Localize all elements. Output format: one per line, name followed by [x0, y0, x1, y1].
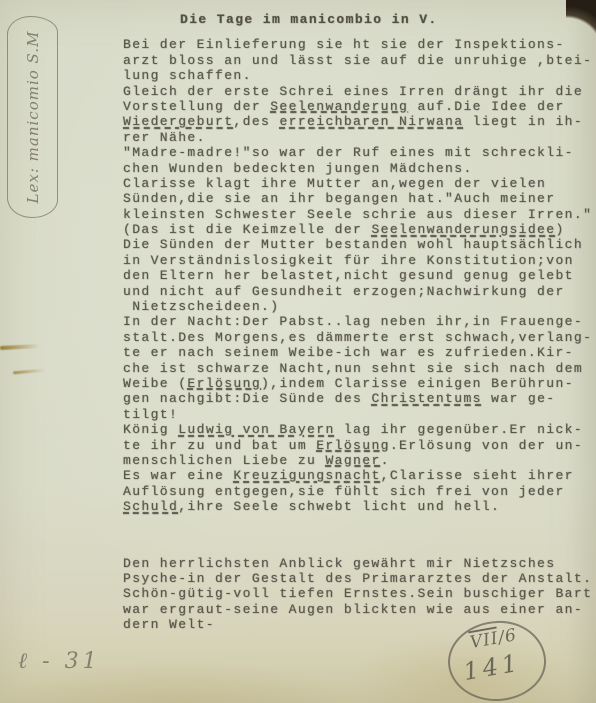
- text-line: Die Sünden der Mutter bestanden wohl hau…: [123, 237, 596, 252]
- text-segment: chen Wunden bedeckten jungen Mädchens.: [123, 161, 473, 176]
- text-segment: Weibe (: [123, 376, 187, 391]
- text-segment: Clarisse klagt ihre Mutter an,wegen der …: [123, 176, 546, 191]
- text-line: war ergraut-seine Augen blickten wie aus…: [123, 602, 596, 617]
- underlined-text: Seelenwanderungsidee: [371, 222, 555, 237]
- text-segment: Schön-gütig-voll tiefen Ernstes.Sein bus…: [123, 586, 592, 601]
- text-segment: .Erlösung von der un-: [390, 438, 583, 453]
- text-line: "Madre-madre!"so war der Ruf eines mit s…: [123, 145, 596, 160]
- text-segment: Nietzscheideen.): [123, 299, 279, 314]
- text-segment: gen nachgibt:Die Sünde des: [123, 391, 371, 406]
- text-segment: Die Sünden der Mutter bestanden wohl hau…: [123, 237, 583, 252]
- text-segment: tilgt!: [123, 407, 178, 422]
- underlined-text: Christentums: [371, 391, 481, 406]
- text-segment: den Eltern her belastet,nicht gesund gen…: [123, 268, 574, 283]
- underlined-text: Erlösung: [316, 438, 390, 453]
- text-line: Clarisse klagt ihre Mutter an,wegen der …: [123, 176, 596, 191]
- text-segment: und nicht auf Gesundheit erzogen;Nachwir…: [123, 284, 565, 299]
- archive-stamp-slash: /6: [497, 625, 519, 648]
- text-segment: auf.Die Idee der: [408, 99, 564, 114]
- archive-stamp-number: 141: [461, 648, 523, 686]
- text-line: Psyche-in der Gestalt des Primararztes d…: [123, 571, 596, 586]
- text-segment: König: [123, 422, 178, 437]
- text-line: Sünden,die sie an ihr begangen hat."Auch…: [123, 191, 596, 206]
- underlined-text: Schuld: [123, 499, 178, 514]
- text-segment: lag ihr gegenüber.Er nick-: [335, 422, 583, 437]
- text-segment: Vorstellung der: [123, 99, 270, 114]
- text-line: und nicht auf Gesundheit erzogen;Nachwir…: [123, 284, 596, 299]
- text-segment: che ist schwarze Nacht,nun sehnt sie sic…: [123, 361, 583, 376]
- text-line: Schuld,ihre Seele schwebt licht und hell…: [123, 499, 596, 514]
- inventory-number: ℓ - 31: [18, 648, 101, 674]
- text-segment: lung schaffen.: [123, 68, 252, 83]
- text-segment: arzt bloss an und lässt sie auf die unru…: [123, 53, 592, 68]
- underlined-text: Wagner: [325, 453, 380, 468]
- text-line: menschlichen Liebe zu Wagner.: [123, 453, 596, 468]
- text-segment: (Das ist die Keimzelle der: [123, 222, 371, 237]
- underlined-text: Ludwig von Bayern: [178, 422, 334, 437]
- underlined-text: Erlösung: [187, 376, 261, 391]
- paper-stain: [0, 344, 40, 350]
- underlined-text: Wiedergeburt: [123, 114, 233, 129]
- text-segment: ),indem Clarisse einigen Berührun-: [261, 376, 574, 391]
- text-line: Es war eine Kreuzigungsnacht,Clarisse si…: [123, 468, 596, 483]
- text-segment: ,des: [233, 114, 279, 129]
- text-line: (Das ist die Keimzelle der Seelenwanderu…: [123, 222, 596, 237]
- text-line: in Verständnislosigkeit für ihre Konstit…: [123, 253, 596, 268]
- text-segment: stalt.Des Morgens,es dämmerte erst schwa…: [123, 330, 592, 345]
- text-segment: ,ihre Seele schwebt licht und hell.: [178, 499, 500, 514]
- text-segment: in Verständnislosigkeit für ihre Konstit…: [123, 253, 574, 268]
- text-line: König Ludwig von Bayern lag ihr gegenübe…: [123, 422, 596, 437]
- text-segment: dern Welt-: [123, 617, 215, 632]
- text-segment: Psyche-in der Gestalt des Primararztes d…: [123, 571, 592, 586]
- archive-stamp-roman: VII: [468, 628, 500, 653]
- text-line: Vorstellung der Seelenwanderung auf.Die …: [123, 99, 596, 114]
- text-line: te ihr zu und bat um Erlösung.Erlösung v…: [123, 438, 596, 453]
- text-segment: Es war eine: [123, 468, 233, 483]
- text-line: lung schaffen.: [123, 68, 596, 83]
- text-line: Gleich der erste Schrei eines Irren drän…: [123, 84, 596, 99]
- text-segment: Den herrlichsten Anblick gewährt mir Nie…: [123, 556, 555, 571]
- text-line: gen nachgibt:Die Sünde des Christentums …: [123, 391, 596, 406]
- text-segment: war ge-: [482, 391, 556, 406]
- text-line: arzt bloss an und lässt sie auf die unru…: [123, 53, 596, 68]
- text-segment: Sünden,die sie an ihr begangen hat."Auch…: [123, 191, 555, 206]
- margin-annotation-text: Lex: manicomio S.M: [24, 31, 42, 204]
- text-segment: "Madre-madre!"so war der Ruf eines mit s…: [123, 145, 574, 160]
- text-segment: menschlichen Liebe zu: [123, 453, 325, 468]
- text-line: Nietzscheideen.): [123, 299, 596, 314]
- text-line: Den herrlichsten Anblick gewährt mir Nie…: [123, 556, 596, 571]
- margin-annotation-bubble: Lex: manicomio S.M: [7, 16, 58, 218]
- text-line: te er nach seinem Weibe-ich war es zufri…: [123, 345, 596, 360]
- text-segment: rer Nähe.: [123, 130, 206, 145]
- text-segment: liegt in ih-: [463, 114, 583, 129]
- text-segment: Gleich der erste Schrei eines Irren drän…: [123, 84, 583, 99]
- text-line: kleinsten Schwester Seele schrie aus die…: [123, 207, 596, 222]
- text-line: Weibe (Erlösung),indem Clarisse einigen …: [123, 376, 596, 391]
- text-line: Auflösung entgegen,sie fühlt sich frei v…: [123, 484, 596, 499]
- text-line: In der Nacht:Der Pabst..lag neben ihr,in…: [123, 314, 596, 329]
- text-segment: kleinsten Schwester Seele schrie aus die…: [123, 207, 592, 222]
- text-line: chen Wunden bedeckten jungen Mädchens.: [123, 161, 596, 176]
- text-line: Wiedergeburt,des erreichbaren Nirwana li…: [123, 114, 596, 129]
- text-line: tilgt!: [123, 407, 596, 422]
- underlined-text: Seelenwanderung: [270, 99, 408, 114]
- text-segment: In der Nacht:Der Pabst..lag neben ihr,in…: [123, 314, 583, 329]
- paper-stain: [13, 369, 45, 375]
- text-segment: ,Clarisse sieht ihrer: [381, 468, 574, 483]
- text-line: Schön-gütig-voll tiefen Ernstes.Sein bus…: [123, 586, 596, 601]
- underlined-text: Kreuzigungsnacht: [233, 468, 380, 483]
- text-line: Bei der Einlieferung sie ht sie der Insp…: [123, 37, 596, 52]
- text-line: den Eltern her belastet,nicht gesund gen…: [123, 268, 596, 283]
- text-segment: .: [381, 453, 390, 468]
- text-segment: Auflösung entgegen,sie fühlt sich frei v…: [123, 484, 565, 499]
- page-title: Die Tage im manicombio in V.: [180, 12, 596, 27]
- text-segment: war ergraut-seine Augen blickten wie aus…: [123, 602, 583, 617]
- text-segment: te ihr zu und bat um: [123, 438, 316, 453]
- text-line: rer Nähe.: [123, 130, 596, 145]
- text-line: che ist schwarze Nacht,nun sehnt sie sic…: [123, 361, 596, 376]
- text-segment: ): [555, 222, 564, 237]
- text-segment: Bei der Einlieferung sie ht sie der Insp…: [123, 37, 565, 52]
- text-body: Bei der Einlieferung sie ht sie der Insp…: [123, 37, 596, 632]
- underlined-text: erreichbaren Nirwana: [279, 114, 463, 129]
- text-line: stalt.Des Morgens,es dämmerte erst schwa…: [123, 330, 596, 345]
- typewritten-text-block: Die Tage im manicombio in V. Bei der Ein…: [123, 12, 596, 632]
- document-page: Lex: manicomio S.M Die Tage im manicombi…: [0, 0, 596, 703]
- text-segment: te er nach seinem Weibe-ich war es zufri…: [123, 345, 574, 360]
